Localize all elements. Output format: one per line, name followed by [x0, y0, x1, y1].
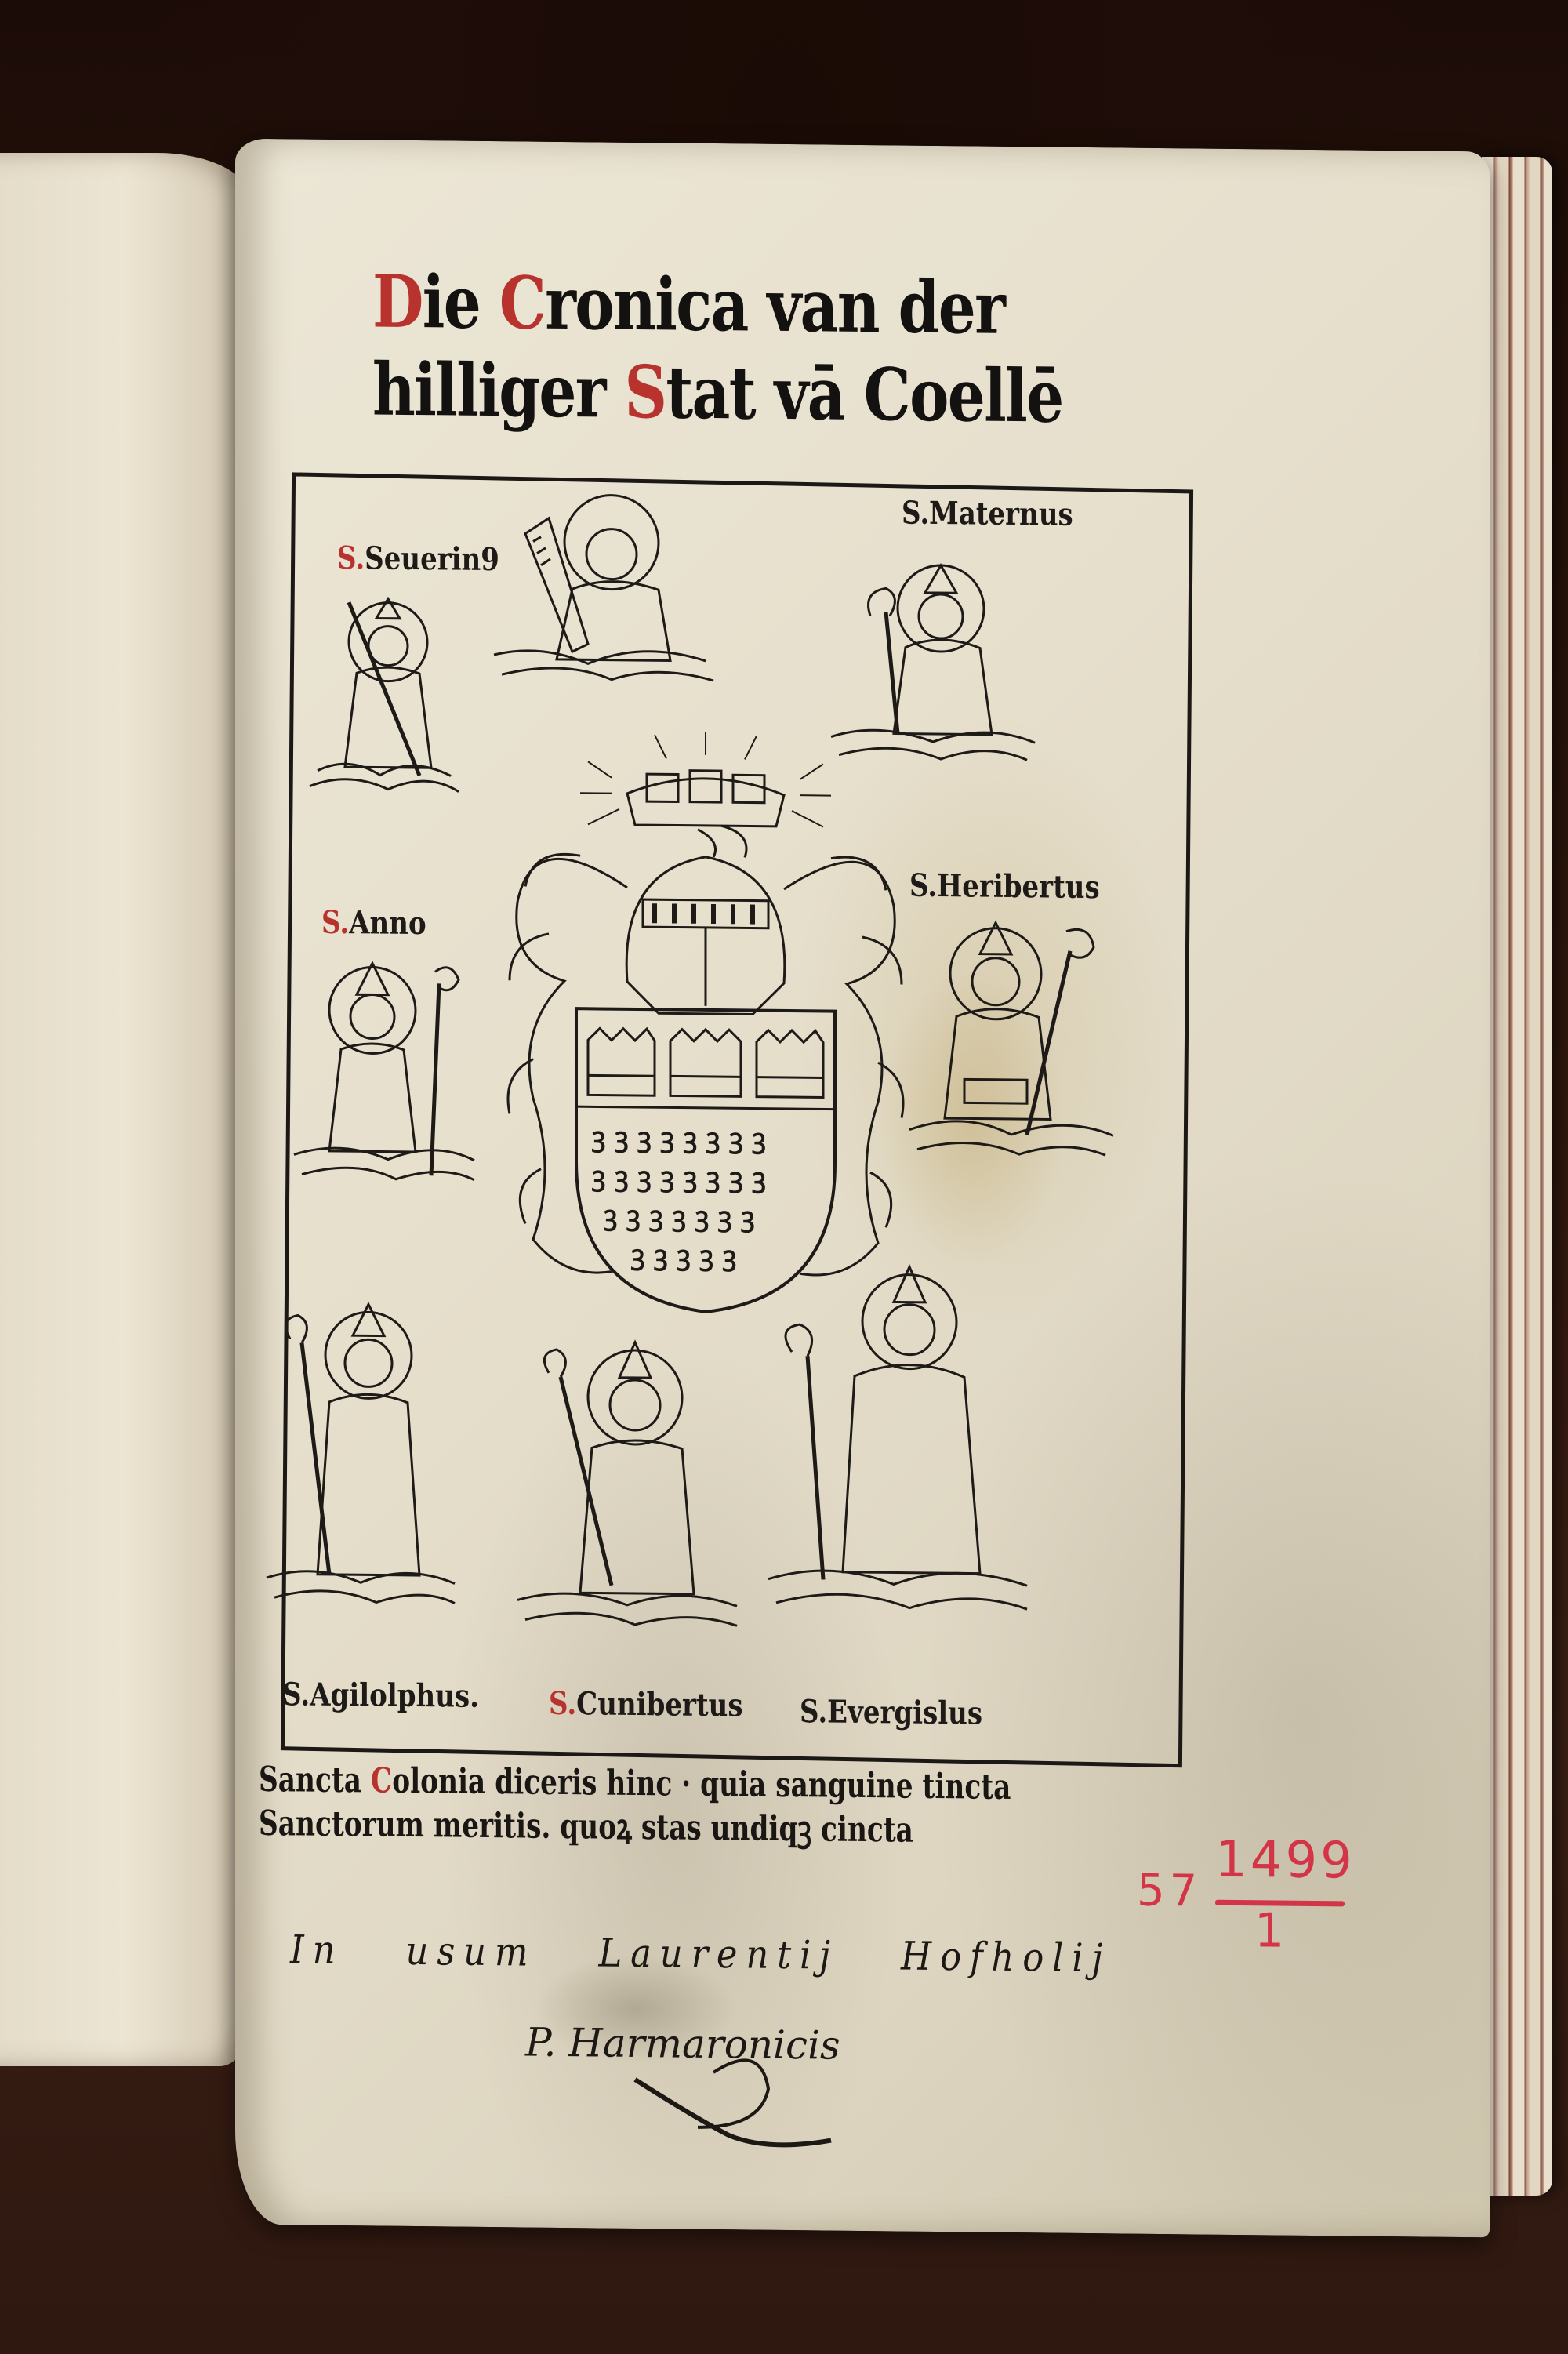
helmet-icon: [626, 856, 785, 1015]
saint-figure-severinus: [302, 587, 459, 816]
svg-text:ꝫ ꝫ ꝫ ꝫ ꝫ ꝫ ꝫ ꝫ: ꝫ ꝫ ꝫ ꝫ ꝫ ꝫ ꝫ ꝫ: [592, 1161, 766, 1193]
saint-figure-cunibertus: [517, 1317, 737, 1649]
saint-label-anno: S.Anno: [321, 904, 426, 942]
svg-text:ꝫ ꝫ ꝫ ꝫ ꝫ: ꝫ ꝫ ꝫ ꝫ ꝫ: [631, 1240, 736, 1272]
shelfmark-number: 1499: [1215, 1831, 1356, 1891]
rubric-initial: C: [499, 260, 545, 346]
title-text: hilliger: [372, 347, 624, 434]
saint-label-severinus: S.Seuerin9: [337, 539, 499, 578]
svg-text:ꝫ ꝫ ꝫ ꝫ ꝫ ꝫ ꝫ ꝫ: ꝫ ꝫ ꝫ ꝫ ꝫ ꝫ ꝫ ꝫ: [592, 1121, 766, 1154]
page-fore-edges: [1482, 157, 1552, 2196]
crest-icon: [580, 730, 831, 858]
latin-verse-caption: Sancta Colonia diceris hinc · quia sangu…: [259, 1758, 993, 1854]
shelfmark-denominator: 1: [1254, 1903, 1284, 1958]
ermine-field-icon: ꝫ ꝫ ꝫ ꝫ ꝫ ꝫ ꝫ ꝫ ꝫ ꝫ ꝫ ꝫ ꝫ ꝫ ꝫ ꝫ ꝫ ꝫ ꝫ ꝫ …: [592, 1121, 766, 1272]
title-line-2: hilliger Stat vā Coellē: [372, 345, 1015, 440]
rubric-initial: D: [372, 259, 423, 344]
saint-figure-peter: [494, 486, 713, 716]
saint-label-agilolphus: S.Agilolphus.: [282, 1676, 479, 1715]
title-line-1: Die Cronica van der: [372, 257, 1015, 352]
saint-label-evergislus: S.Evergislus: [800, 1693, 982, 1731]
handwritten-ownership-inscription: In usum Laurentij Hofholij P. Harmaronic…: [290, 1895, 1035, 2162]
title-text: ie: [423, 260, 499, 345]
title-page: Die Cronica van der hilliger Stat vā Coe…: [235, 139, 1490, 2238]
library-shelfmark: 57 1499 1: [1137, 1830, 1388, 1989]
rubric-initial: S: [624, 350, 666, 435]
saint-label-maternus: S.Maternus: [902, 495, 1073, 533]
title-text: ronica van der: [545, 261, 1004, 351]
signature-flourish-icon: [290, 1895, 1035, 2162]
title-text: tat vā Coellē: [666, 350, 1062, 438]
caption-line-1: Sancta Colonia diceris hinc · quia sangu…: [259, 1758, 993, 1810]
caption-line-2: Sanctorum meritis. quoꝝ stas undiqꝫ cinc…: [259, 1802, 993, 1854]
cologne-coat-of-arms: ꝫ ꝫ ꝫ ꝫ ꝫ ꝫ ꝫ ꝫ ꝫ ꝫ ꝫ ꝫ ꝫ ꝫ ꝫ ꝫ ꝫ ꝫ ꝫ ꝫ …: [486, 729, 925, 1330]
saint-figure-anno: [294, 939, 474, 1199]
three-crowns-icon: [588, 1028, 823, 1097]
book-title: Die Cronica van der hilliger Stat vā Coe…: [372, 257, 1015, 440]
svg-text:ꝫ ꝫ ꝫ ꝫ ꝫ ꝫ ꝫ: ꝫ ꝫ ꝫ ꝫ ꝫ ꝫ ꝫ: [604, 1201, 755, 1233]
shelfmark-prefix: 57: [1137, 1865, 1202, 1917]
saint-figure-agilolphus: [267, 1276, 455, 1631]
shield-icon: ꝫ ꝫ ꝫ ꝫ ꝫ ꝫ ꝫ ꝫ ꝫ ꝫ ꝫ ꝫ ꝫ ꝫ ꝫ ꝫ ꝫ ꝫ ꝫ ꝫ …: [576, 1008, 835, 1313]
saint-figure-heribertus: [909, 899, 1113, 1183]
left-page: [0, 153, 251, 2066]
saint-label-cunibertus: S.Cunibertus: [549, 1685, 742, 1724]
